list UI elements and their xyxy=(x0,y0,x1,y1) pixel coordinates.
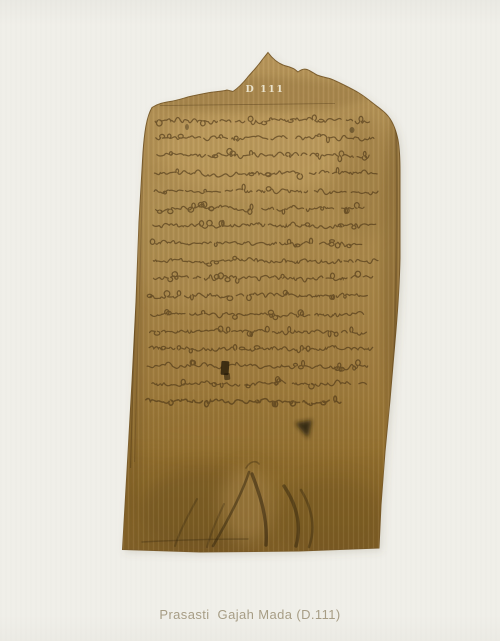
stone-texture xyxy=(110,40,410,560)
prasasti-photograph: D 111 xyxy=(0,0,500,590)
book-page: D 111 Prasasti Gajah Mada (D.111) xyxy=(0,0,500,641)
photo-caption: Prasasti Gajah Mada (D.111) xyxy=(0,607,500,622)
stele-inventory-label: D 111 xyxy=(246,84,285,95)
